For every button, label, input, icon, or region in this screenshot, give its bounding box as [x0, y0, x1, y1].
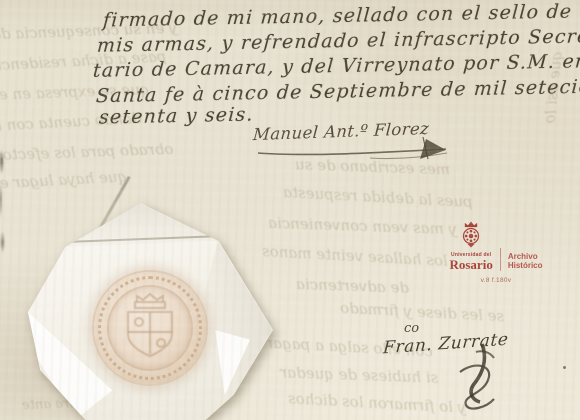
bleed-through-text: que haya lugar en	[0, 167, 128, 192]
paper-top-flap	[10, 196, 286, 266]
signature-rubric-flourish	[250, 136, 455, 168]
bleed-through-text: los hallase veinte manos	[262, 242, 449, 270]
bleed-through-text: y mas vean conveniencia	[268, 214, 458, 239]
manuscript-line: setenta y seis.	[98, 103, 254, 128]
stamp-unit-line2: Histórico	[508, 261, 543, 270]
stamp-divider	[500, 248, 501, 271]
seal-coat-of-arms-icon	[115, 288, 185, 368]
stamp-unit-line1: Archivo	[508, 252, 538, 261]
stamp-institution-name: Rosario	[449, 258, 492, 272]
page-edge-damage	[0, 148, 7, 263]
bleed-through-text: si hubiese de quedar	[280, 363, 439, 387]
countersignature-superscript: co	[404, 321, 419, 336]
bleed-through-text: se les diese y firmado	[340, 299, 505, 326]
paper-right-highlight-fold	[208, 324, 250, 399]
bleed-through-text: obrado para los efectos	[0, 140, 174, 164]
bleed-through-text: de advertencia	[296, 275, 410, 297]
stamp-folio-reference: v.8 f.180v	[436, 277, 556, 284]
manuscript-page: y en su consequencia de pase a dicha res…	[0, 0, 580, 420]
wax-seal	[94, 272, 206, 384]
folded-seal-paper	[10, 196, 286, 420]
rosette-crown-emblem-icon	[458, 221, 484, 251]
folded-paper-sheet	[10, 196, 286, 420]
ink-dot	[563, 366, 566, 369]
bleed-through-text: pues la debida respuesta	[283, 183, 474, 211]
bleed-through-text: y lo firmaron los dichos	[288, 389, 467, 416]
archive-stamp: Universidad del Rosario Archivo Históric…	[436, 221, 556, 284]
paper-top-crease	[65, 235, 219, 242]
countersignature-rubric-flourish	[448, 342, 540, 412]
